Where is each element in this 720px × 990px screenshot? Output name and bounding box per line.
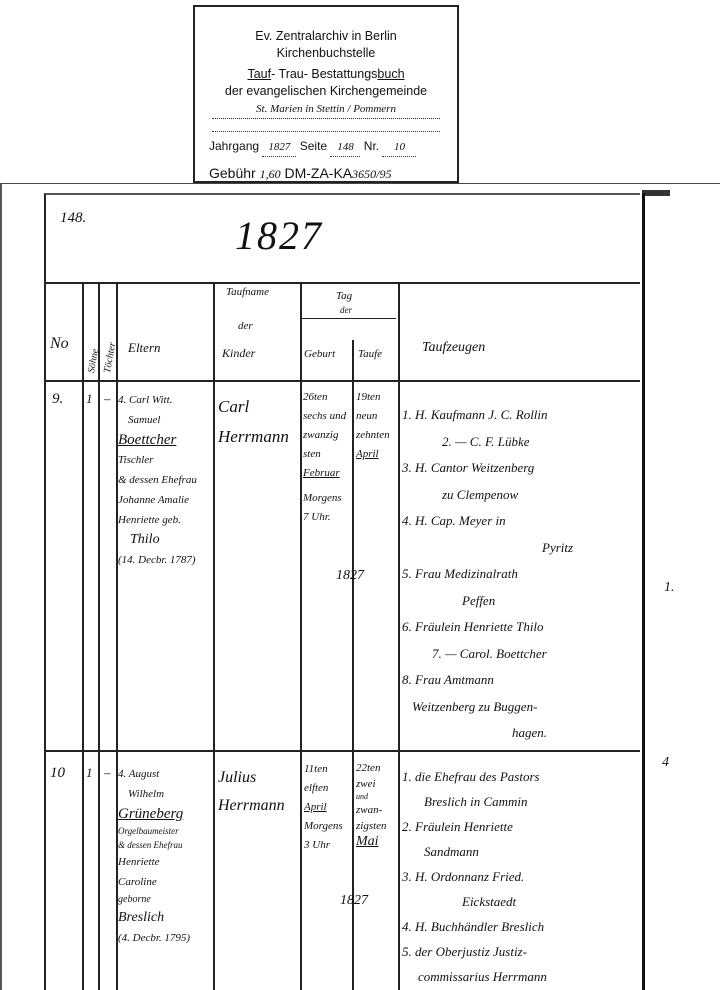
entry-daughters: – bbox=[104, 762, 111, 784]
birth-year: 1827 bbox=[336, 565, 364, 587]
header-child-name: Taufname bbox=[226, 286, 269, 298]
entry-number: 10 bbox=[50, 762, 65, 784]
entry-parents: 4. August Wilhelm Grüneberg Orgelbaumeis… bbox=[118, 764, 190, 948]
scan-border-left bbox=[0, 183, 2, 990]
header-date-der: der bbox=[340, 305, 352, 315]
header-baptism: Taufe bbox=[358, 348, 382, 360]
rule-date-group bbox=[300, 318, 396, 319]
rule-header-top bbox=[46, 282, 640, 284]
margin-mark: 1. bbox=[664, 580, 675, 596]
stamp-department: Kirchenbuchstelle bbox=[195, 45, 457, 62]
entry-number: 9. bbox=[52, 388, 63, 410]
year-heading: 1827 bbox=[235, 212, 323, 259]
rule-col-no bbox=[82, 282, 84, 990]
header-date-group: Tag bbox=[336, 290, 352, 302]
child-name: Carl Herrmann bbox=[218, 392, 289, 452]
stamp-page: 148 bbox=[330, 138, 360, 157]
stamp-year-page-number: Jahrgang 1827 Seite 148 Nr. 10 bbox=[195, 137, 457, 157]
header-child-kinder: Kinder bbox=[222, 346, 255, 361]
scan-border-top bbox=[0, 183, 720, 184]
header-birth: Geburt bbox=[304, 348, 335, 360]
rule-col-parents bbox=[213, 282, 215, 990]
stamp-parish-value: St. Marien in Stettin / Pommern bbox=[195, 100, 457, 119]
rule-col-baptism bbox=[398, 282, 400, 990]
child-name: Julius Herrmann bbox=[218, 764, 285, 820]
stamp-number: 10 bbox=[382, 138, 416, 157]
stamp-year: 1827 bbox=[262, 138, 296, 157]
birth-year: 1827 bbox=[340, 890, 368, 912]
rule-col-child bbox=[300, 282, 302, 990]
birth-date: 11ten elften April Morgens 3 Uhr bbox=[304, 760, 343, 855]
header-godparents: Taufzeugen bbox=[422, 340, 485, 356]
godparents-list: 1. die Ehefrau des Pastors Breslich in C… bbox=[402, 764, 547, 989]
entry-sons: 1 bbox=[86, 388, 93, 410]
header-no: No bbox=[50, 335, 69, 353]
header-child-der: der bbox=[238, 320, 253, 332]
entry-daughters: – bbox=[104, 388, 111, 410]
rule-entry-separator bbox=[46, 750, 640, 752]
stamp-archive-name: Ev. Zentralarchiv in Berlin bbox=[195, 28, 457, 45]
entry-parents: 4. Carl Witt. Samuel Boettcher Tischler … bbox=[118, 390, 197, 570]
page-edge-top bbox=[642, 190, 670, 196]
stamp-book-type: Tauf- Trau- Bestattungsbuch bbox=[195, 66, 457, 83]
stamp-parish-label: der evangelischen Kirchengemeinde bbox=[195, 83, 457, 100]
entry-sons: 1 bbox=[86, 762, 93, 784]
baptism-date: 22ten zwei und zwan- zigsten Mai bbox=[356, 760, 387, 850]
baptism-date: 19ten neun zehnten April bbox=[356, 388, 390, 464]
archive-stamp: Ev. Zentralarchiv in Berlin Kirchenbuchs… bbox=[193, 5, 459, 183]
rule-col-sons bbox=[98, 282, 100, 990]
margin-mark: 4 bbox=[662, 755, 669, 771]
godparents-list: 1. H. Kaufmann J. C. Rollin 2. — C. F. L… bbox=[402, 402, 573, 747]
birth-date: 26ten sechs und zwanzig sten Februar Mor… bbox=[303, 388, 346, 527]
page-edge bbox=[642, 193, 645, 990]
rule-header-bottom bbox=[46, 380, 640, 382]
header-parents: Eltern bbox=[128, 340, 161, 356]
stamp-fee: Gebühr 1,60 DM-ZA-KA3650/95 bbox=[195, 165, 457, 182]
page-number: 148. bbox=[60, 210, 86, 227]
stamp-blank-line bbox=[195, 119, 457, 137]
